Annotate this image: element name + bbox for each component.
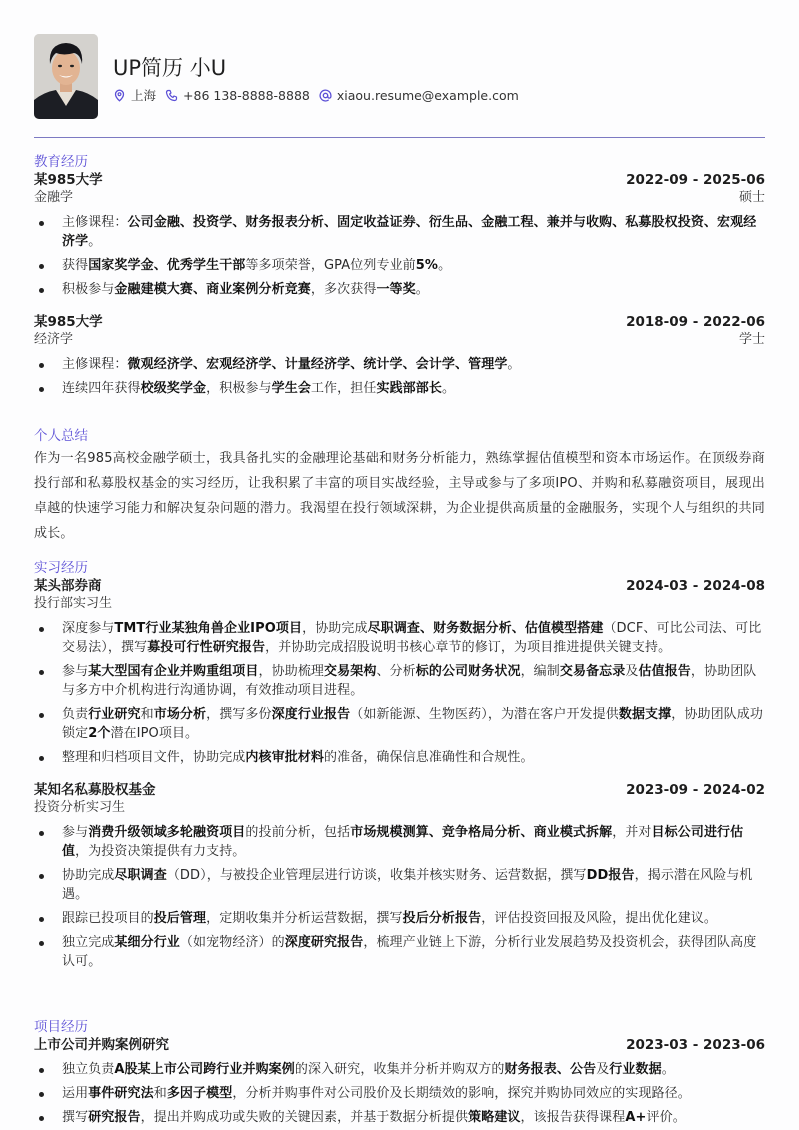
bullet-text: 及 [625, 664, 638, 679]
entry-header: 某985大学2022-09 - 2025-06 [34, 171, 765, 189]
entry-subheader: 投资分析实习生 [34, 799, 765, 817]
bullet-text: （DD），与被投企业管理层进行访谈，收集并核实财务、运营数据，撰写 [167, 868, 587, 883]
bold-highlight: 5% [416, 258, 438, 273]
location-text: 上海 [131, 86, 156, 104]
bold-highlight: 行业数据 [609, 1062, 661, 1077]
bold-highlight: DD报告 [587, 868, 635, 883]
bullet-text: 。 [416, 282, 429, 297]
bullet-text: ，协助完成 [302, 621, 368, 636]
bullet-item: 独立完成某细分行业（如宠物经济）的深度研究报告，梳理产业链上下游，分析行业发展趋… [34, 933, 765, 971]
contact-info: 上海 +86 138-8888-8888 xiaou.resume@exampl… [113, 86, 528, 104]
bullet-text: ，撰写多份 [206, 707, 272, 722]
bold-highlight: 多因子模型 [167, 1086, 233, 1101]
entry-dates: 2023-03 - 2023-06 [626, 1036, 765, 1054]
bold-highlight: 投后分析报告 [403, 911, 482, 926]
bullet-item: 连续四年获得校级奖学金，积极参与学生会工作，担任实践部部长。 [34, 379, 765, 398]
bullet-text: 。 [662, 1062, 675, 1077]
bullet-text: 的投前分析，包括 [245, 825, 350, 840]
entry-subheader: 经济学学士 [34, 331, 765, 349]
bullet-text: 独立负责 [62, 1062, 114, 1077]
section-title-internships: 实习经历 [34, 559, 765, 577]
bold-highlight: 投后管理 [154, 911, 206, 926]
entry-title: 上市公司并购案例研究 [34, 1036, 169, 1054]
bullet-list: 主修课程：微观经济学、宏观经济学、计量经济学、统计学、会计学、管理学。连续四年获… [34, 355, 765, 398]
bold-highlight: 尽职调查、财务数据分析、估值模型搭建 [368, 621, 604, 636]
bold-highlight: 市场分析 [154, 707, 206, 722]
bullet-text: 。 [507, 357, 520, 372]
bullet-text: 的深入研究，收集并分析并购双方的 [295, 1062, 505, 1077]
bullet-text: 主修课程： [62, 215, 128, 230]
bold-highlight: 深度行业报告 [272, 707, 351, 722]
header-divider [34, 137, 765, 138]
bold-highlight: 行业研究 [88, 707, 140, 722]
bullet-list: 参与消费升级领域多轮融资项目的投前分析，包括市场规模测算、竞争格局分析、商业模式… [34, 823, 765, 971]
education-section: 教育经历 某985大学2022-09 - 2025-06金融学硕士主修课程：公司… [34, 153, 765, 403]
bold-highlight: 校级奖学金 [141, 381, 207, 396]
entry: 某985大学2022-09 - 2025-06金融学硕士主修课程：公司金融、投资… [34, 171, 765, 299]
entry-dates: 2018-09 - 2022-06 [626, 313, 765, 331]
contact-email: xiaou.resume@example.com [319, 88, 519, 103]
bullet-text: ，编制 [521, 664, 560, 679]
entry-header: 上市公司并购案例研究2023-03 - 2023-06 [34, 1036, 765, 1054]
bullet-text: 撰写 [62, 1110, 88, 1125]
bullet-text: ，提出并购成功或失败的关键因素，并基于数据分析提供 [141, 1110, 469, 1125]
section-title-education: 教育经历 [34, 153, 765, 171]
entry: 某头部券商2024-03 - 2024-08投行部实习生深度参与TMT行业某独角… [34, 577, 765, 767]
resume-header: UP简历 小U 上海 +86 138-8888-8888 xiaou.resum… [34, 0, 765, 138]
bullet-text: 负责 [62, 707, 88, 722]
bold-highlight: TMT行业某独角兽企业IPO项目 [114, 621, 302, 636]
bullet-item: 撰写研究报告，提出并购成功或失败的关键因素，并基于数据分析提供策略建议，该报告获… [34, 1108, 765, 1127]
bullet-text: 跟踪已投项目的 [62, 911, 154, 926]
bullet-list: 深度参与TMT行业某独角兽企业IPO项目，协助完成尽职调查、财务数据分析、估值模… [34, 619, 765, 767]
bullet-text: ，多次获得 [311, 282, 377, 297]
bullet-text: ，并协助完成招股说明书核心章节的修订，为项目推进提供关键支持。 [265, 640, 671, 655]
entry: 上市公司并购案例研究2023-03 - 2023-06独立负责A股某上市公司跨行… [34, 1036, 765, 1127]
at-sign-icon [319, 89, 332, 102]
bold-highlight: 深度研究报告 [285, 935, 364, 950]
bold-highlight: 募投可行性研究报告 [147, 640, 265, 655]
contact-location: 上海 [113, 86, 156, 104]
bold-highlight: 消费升级领域多轮融资项目 [88, 825, 245, 840]
bold-highlight: A股某上市公司跨行业并购案例 [114, 1062, 294, 1077]
bold-highlight: 市场规模测算、竞争格局分析、商业模式拆解 [350, 825, 612, 840]
bullet-text: 评价。 [647, 1110, 686, 1125]
bold-highlight: 微观经济学、宏观经济学、计量经济学、统计学、会计学、管理学 [128, 357, 508, 372]
bullet-item: 主修课程：微观经济学、宏观经济学、计量经济学、统计学、会计学、管理学。 [34, 355, 765, 374]
bold-highlight: 金融建模大赛、商业案例分析竞赛 [114, 282, 311, 297]
bullet-text: 工作，担任 [311, 381, 377, 396]
bullet-text: ，协助梳理 [259, 664, 325, 679]
bold-highlight: 交易备忘录 [560, 664, 626, 679]
bold-highlight: 交易架构 [324, 664, 376, 679]
entry-subtitle: 投行部实习生 [34, 595, 112, 613]
phone-icon [165, 89, 178, 102]
bullet-text: 独立完成 [62, 935, 114, 950]
bullet-item: 跟踪已投项目的投后管理，定期收集并分析运营数据，撰写投后分析报告，评估投资回报及… [34, 909, 765, 928]
entry-subtitle: 金融学 [34, 189, 73, 207]
entry-dates: 2022-09 - 2025-06 [626, 171, 765, 189]
bullet-item: 积极参与金融建模大赛、商业案例分析竞赛，多次获得一等奖。 [34, 280, 765, 299]
bold-highlight: 学生会 [272, 381, 311, 396]
bullet-text: 和 [154, 1086, 167, 1101]
entry-degree: 学士 [739, 331, 765, 349]
bullet-text: 深度参与 [62, 621, 114, 636]
entry-header: 某985大学2018-09 - 2022-06 [34, 313, 765, 331]
bullet-list: 独立负责A股某上市公司跨行业并购案例的深入研究，收集并分析并购双方的财务报表、公… [34, 1060, 765, 1127]
bullet-text: 参与 [62, 825, 88, 840]
bullet-text: 。 [438, 258, 451, 273]
bullet-text: 。 [88, 234, 101, 249]
email-text[interactable]: xiaou.resume@example.com [337, 88, 519, 103]
summary-section: 个人总结 作为一名985高校金融学硕士，我具备扎实的金融理论基础和财务分析能力，… [34, 427, 765, 546]
bullet-text: 等多项荣誉，GPA位列专业前 [245, 258, 415, 273]
bullet-text: 。 [442, 381, 455, 396]
bullet-text: 整理和归档项目文件，协助完成 [62, 750, 245, 765]
phone-text[interactable]: +86 138-8888-8888 [183, 88, 310, 103]
entry-title: 某985大学 [34, 171, 103, 189]
bold-highlight: 尽职调查 [114, 868, 166, 883]
bold-highlight: 公司金融、投资学、财务报表分析、固定收益证券、衍生品、金融工程、兼并与收购、私募… [62, 215, 756, 249]
bullet-text: ，定期收集并分析运营数据，撰写 [206, 911, 403, 926]
bold-highlight: 估值报告 [639, 664, 691, 679]
entry-subheader: 投行部实习生 [34, 595, 765, 613]
bold-highlight: 策略建议 [468, 1110, 520, 1125]
map-pin-icon [113, 89, 126, 102]
profile-photo [34, 34, 98, 119]
bold-highlight: A+ [625, 1110, 646, 1125]
bullet-item: 协助完成尽职调查（DD），与被投企业管理层进行访谈，收集并核实财务、运营数据，撰… [34, 866, 765, 904]
bullet-text: ，并对 [612, 825, 651, 840]
bold-highlight: 2个 [88, 726, 110, 741]
bullet-item: 参与某大型国有企业并购重组项目，协助梳理交易架构、分析标的公司财务状况，编制交易… [34, 662, 765, 700]
bold-highlight: 内核审批材料 [245, 750, 324, 765]
bullet-text: ，该报告获得课程 [521, 1110, 626, 1125]
entry-subtitle: 经济学 [34, 331, 73, 349]
bold-highlight: 某细分行业 [114, 935, 180, 950]
entry-title: 某知名私募股权基金 [34, 781, 156, 799]
bullet-text: 、分析 [376, 664, 415, 679]
bullet-text: 和 [141, 707, 154, 722]
bullet-text: 连续四年获得 [62, 381, 141, 396]
bold-highlight: 事件研究法 [88, 1086, 154, 1101]
bullet-text: ，评估投资回报及风险，提出优化建议。 [481, 911, 717, 926]
bullet-text: 协助完成 [62, 868, 114, 883]
entry: 某知名私募股权基金2023-09 - 2024-02投资分析实习生参与消费升级领… [34, 781, 765, 971]
bullet-item: 运用事件研究法和多因子模型，分析并购事件对公司股价及长期绩效的影响，探究并购协同… [34, 1084, 765, 1103]
summary-text: 作为一名985高校金融学硕士，我具备扎实的金融理论基础和财务分析能力，熟练掌握估… [34, 446, 765, 546]
bullet-item: 整理和归档项目文件，协助完成内核审批材料的准备，确保信息准确性和合规性。 [34, 748, 765, 767]
entry-dates: 2024-03 - 2024-08 [626, 577, 765, 595]
bullet-text: （如新能源、生物医药），为潜在客户开发提供 [350, 707, 619, 722]
entry: 某985大学2018-09 - 2022-06经济学学士主修课程：微观经济学、宏… [34, 313, 765, 398]
entry-title: 某985大学 [34, 313, 103, 331]
resume-page: UP简历 小U 上海 +86 138-8888-8888 xiaou.resum… [34, 0, 765, 138]
internship-section: 实习经历 某头部券商2024-03 - 2024-08投行部实习生深度参与TMT… [34, 559, 765, 976]
bold-highlight: 实践部部长 [376, 381, 442, 396]
entry-degree: 硕士 [739, 189, 765, 207]
bullet-text: 积极参与 [62, 282, 114, 297]
bullet-item: 主修课程：公司金融、投资学、财务报表分析、固定收益证券、衍生品、金融工程、兼并与… [34, 213, 765, 251]
project-section: 项目经历 上市公司并购案例研究2023-03 - 2023-06独立负责A股某上… [34, 1018, 765, 1130]
bullet-text: （如宠物经济）的 [180, 935, 285, 950]
bold-highlight: 标的公司财务状况 [416, 664, 521, 679]
entry-dates: 2023-09 - 2024-02 [626, 781, 765, 799]
bullet-text: 潜在IPO项目。 [110, 726, 198, 741]
bullet-item: 获得国家奖学金、优秀学生干部等多项荣誉，GPA位列专业前5%。 [34, 256, 765, 275]
bold-highlight: 一等奖 [376, 282, 415, 297]
bullet-text: 及 [596, 1062, 609, 1077]
section-title-projects: 项目经历 [34, 1018, 765, 1036]
entry-title: 某头部券商 [34, 577, 102, 595]
bold-highlight: 某大型国有企业并购重组项目 [88, 664, 258, 679]
bullet-text: ，分析并购事件对公司股价及长期绩效的影响，探究并购协同效应的实现路径。 [232, 1086, 691, 1101]
bullet-text: 运用 [62, 1086, 88, 1101]
section-title-summary: 个人总结 [34, 427, 765, 445]
bullet-text: ，为投资决策提供有力支持。 [75, 844, 245, 859]
entry-header: 某知名私募股权基金2023-09 - 2024-02 [34, 781, 765, 799]
bold-highlight: 国家奖学金、优秀学生干部 [88, 258, 245, 273]
contact-phone: +86 138-8888-8888 [165, 88, 310, 103]
bold-highlight: 财务报表、公告 [504, 1062, 596, 1077]
bullet-text: 获得 [62, 258, 88, 273]
bullet-text: 参与 [62, 664, 88, 679]
bullet-item: 参与消费升级领域多轮融资项目的投前分析，包括市场规模测算、竞争格局分析、商业模式… [34, 823, 765, 861]
entry-subheader: 金融学硕士 [34, 189, 765, 207]
bullet-item: 负责行业研究和市场分析，撰写多份深度行业报告（如新能源、生物医药），为潜在客户开… [34, 705, 765, 743]
bullet-item: 深度参与TMT行业某独角兽企业IPO项目，协助完成尽职调查、财务数据分析、估值模… [34, 619, 765, 657]
bullet-item: 独立负责A股某上市公司跨行业并购案例的深入研究，收集并分析并购双方的财务报表、公… [34, 1060, 765, 1079]
entry-header: 某头部券商2024-03 - 2024-08 [34, 577, 765, 595]
bullet-text: ，积极参与 [206, 381, 272, 396]
bullet-text: 的准备，确保信息准确性和合规性。 [324, 750, 534, 765]
bullet-text: 主修课程： [62, 357, 128, 372]
bullet-list: 主修课程：公司金融、投资学、财务报表分析、固定收益证券、衍生品、金融工程、兼并与… [34, 213, 765, 299]
entry-subtitle: 投资分析实习生 [34, 799, 125, 817]
bold-highlight: 数据支撑 [619, 707, 671, 722]
candidate-name: UP简历 小U [113, 52, 226, 82]
bold-highlight: 研究报告 [88, 1110, 140, 1125]
